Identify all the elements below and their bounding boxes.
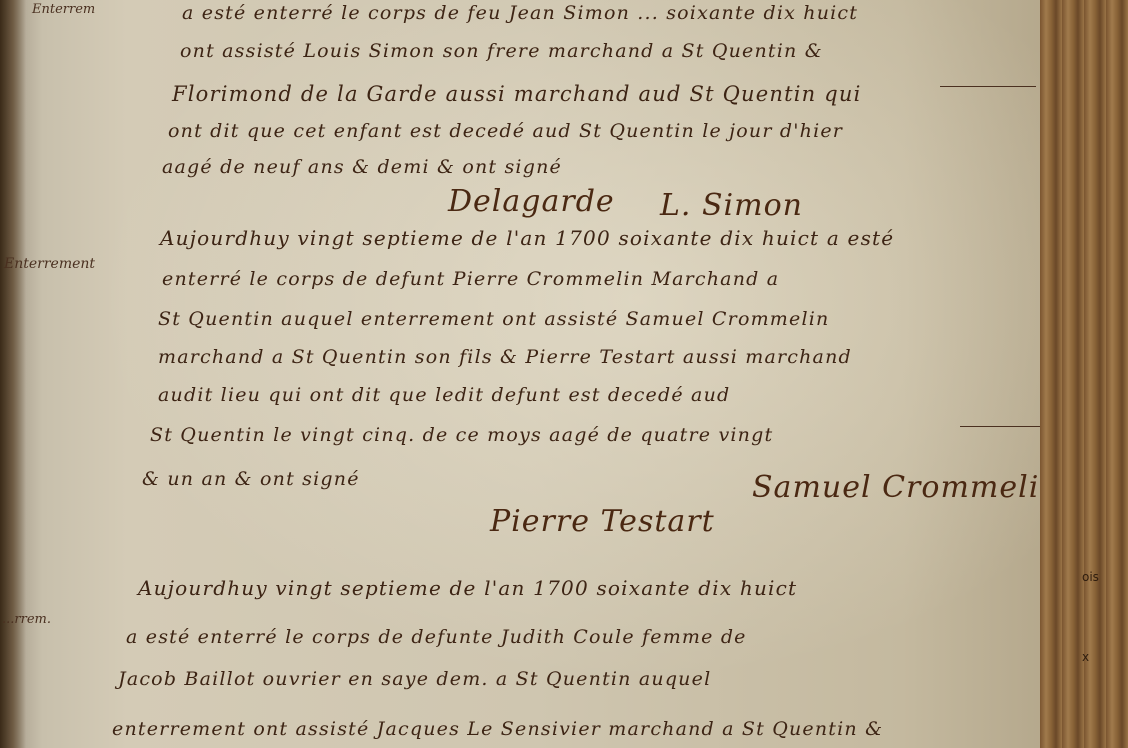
entry-2-line: St Quentin le vingt cinq. de ce moys aag… [150,424,773,446]
entry-2-line: Aujourdhuy vingt septieme de l'an 1700 s… [160,226,894,250]
margin-note: Enterrement [4,256,95,272]
entry-1-line: a esté enterré le corps de feu Jean Simo… [182,2,858,24]
line-filler-rule [940,86,1036,87]
entry-3-line: Jacob Baillot ouvrier en saye dem. a St … [118,668,711,690]
entry-2-line: & un an & ont signé [142,468,360,490]
edge-mark: x [1082,650,1089,664]
entry-2-line: St Quentin auquel enterrement ont assist… [158,308,829,330]
signature-pierre-testart: Pierre Testart [490,504,715,539]
entry-2-line: audit lieu qui ont dit que ledit defunt … [158,384,730,406]
signature-delagarde: Delagarde [448,184,615,219]
entry-2-line: enterré le corps de defunt Pierre Cromme… [162,268,779,290]
signature-samuel-crommelin: Samuel Crommelin [752,470,1060,505]
entry-3-line: a esté enterré le corps de defunte Judit… [126,626,747,648]
entry-3-line: enterrement ont assisté Jacques Le Sensi… [112,718,883,740]
entry-1-line: aagé de neuf ans & demi & ont signé [162,156,562,178]
margin-note: Enterrem [32,2,95,17]
entry-3-line: Aujourdhuy vingt septieme de l'an 1700 s… [138,576,797,600]
margin-note: ...rrem. [2,612,51,627]
book-gutter-shadow [0,0,26,748]
line-filler-rule [960,426,1040,427]
signature-simon: L. Simon [660,188,803,223]
entry-1-line: ont dit que cet enfant est decedé aud St… [168,120,843,142]
edge-mark: ois [1082,570,1099,584]
register-page: Enterrem Enterrement ...rrem. a esté ent… [0,0,1062,748]
entry-2-line: marchand a St Quentin son fils & Pierre … [158,346,852,368]
page-edges: ois x [1040,0,1128,748]
entry-1-line: Florimond de la Garde aussi marchand aud… [172,82,862,106]
entry-1-line: ont assisté Louis Simon son frere marcha… [180,40,823,62]
